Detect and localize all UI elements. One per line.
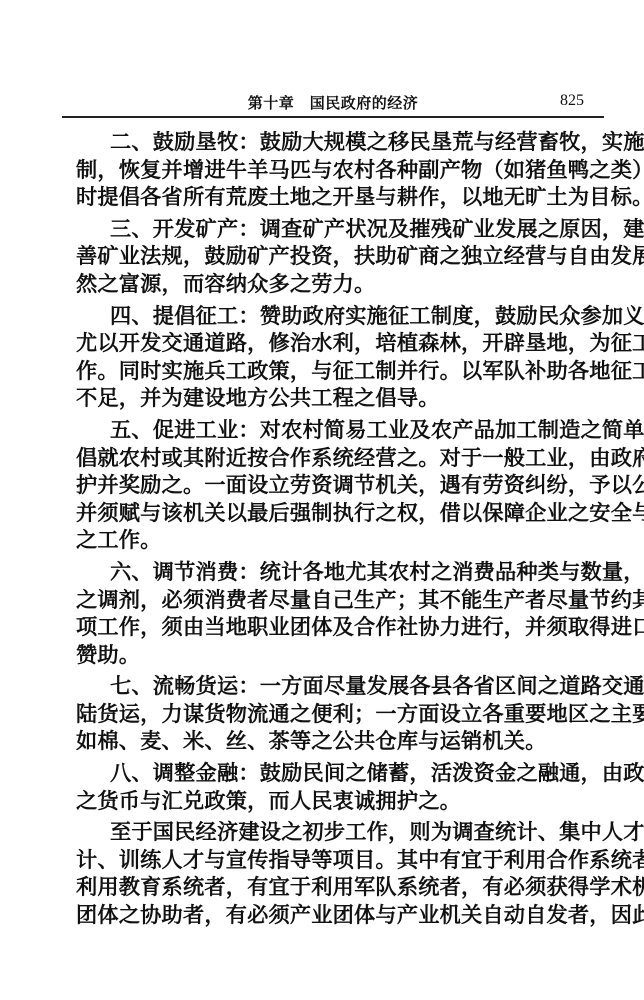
text-line: 六、调节消费：统计各地尤其农村之消费品种类与数量，力谋供求 xyxy=(76,558,602,586)
text-line: 八、调整金融：鼓励民间之储蓄，活泼资金之融通，由政府执行健全 xyxy=(76,759,602,787)
text-line: 陆货运，力谋货物流通之便利；一方面设立各重要地区之主要农产品， xyxy=(76,700,602,728)
text-line: 并须赋与该机关以最后强制执行之权，借以保障企业之安全与劳动者 xyxy=(76,499,602,527)
text-line: 计、训练人才与宣传指导等项目。其中有宜于利用合作系统者，有宜于 xyxy=(76,846,602,874)
page-number: 825 xyxy=(560,92,584,110)
body-text: 二、鼓励垦牧：鼓励大规模之移民垦荒与经营畜牧，实施军区屯垦 制，恢复并增进牛羊马… xyxy=(76,128,602,933)
text-line: 如棉、麦、米、丝、茶等之公共仓库与运销机关。 xyxy=(76,727,602,755)
paragraph-7-freight: 七、流畅货运：一方面尽量发展各县各省区间之道路交通，改进水 陆货运，力谋货物流通… xyxy=(76,672,602,755)
page-header: 第十章 国民政府的经济 825 xyxy=(62,90,604,116)
text-line: 倡就农村或其附近按合作系统经营之。对于一般工业，由政府分别保 xyxy=(76,444,602,472)
text-line: 制，恢复并增进牛羊马匹与农村各种副产物（如猪鱼鸭之类）之生产，同 xyxy=(76,156,602,184)
header-rule xyxy=(62,116,604,118)
text-line: 七、流畅货运：一方面尽量发展各县各省区间之道路交通，改进水 xyxy=(76,672,602,700)
text-line: 时提倡各省所有荒废土地之开垦与耕作，以地无旷土为目标。 xyxy=(76,183,602,211)
paragraph-4-labor-service: 四、提倡征工：赞助政府实施征工制度，鼓励民众参加义务劳动。 尤以开发交通道路，修… xyxy=(76,302,602,412)
running-title: 第十章 国民政府的经济 xyxy=(62,92,604,113)
text-line: 尤以开发交通道路，修治水利，培植森林，开辟垦地，为征工之基本工 xyxy=(76,329,602,357)
paragraph-8-finance: 八、调整金融：鼓励民间之储蓄，活泼资金之融通，由政府执行健全 之货币与汇兑政策，… xyxy=(76,759,602,814)
text-line: 四、提倡征工：赞助政府实施征工制度，鼓励民众参加义务劳动。 xyxy=(76,302,602,330)
text-line: 不足，并为建设地方公共工程之倡导。 xyxy=(76,384,602,412)
text-line: 至于国民经济建设之初步工作，则为调查统计、集中人才、研究设 xyxy=(76,818,602,846)
text-line: 利用教育系统者，有宜于利用军队系统者，有必须获得学术机关或学术 xyxy=(76,873,602,901)
text-line: 然之富源，而容纳众多之劳力。 xyxy=(76,270,602,298)
text-line: 之工作。 xyxy=(76,526,602,554)
text-line: 赞助。 xyxy=(76,641,602,669)
paragraph-2-land-reclamation: 二、鼓励垦牧：鼓励大规模之移民垦荒与经营畜牧，实施军区屯垦 制，恢复并增进牛羊马… xyxy=(76,128,602,211)
paragraph-5-industry: 五、促进工业：对农村简易工业及农产品加工制造之简单工业，提 倡就农村或其附近按合… xyxy=(76,416,602,554)
text-line: 五、促进工业：对农村简易工业及农产品加工制造之简单工业，提 xyxy=(76,416,602,444)
paragraph-initial-work: 至于国民经济建设之初步工作，则为调查统计、集中人才、研究设 计、训练人才与宣传指… xyxy=(76,818,602,928)
text-line: 之货币与汇兑政策，而人民衷诚拥护之。 xyxy=(76,787,602,815)
text-line: 二、鼓励垦牧：鼓励大规模之移民垦荒与经营畜牧，实施军区屯垦 xyxy=(76,128,602,156)
text-line: 护并奖励之。一面设立劳资调节机关，遇有劳资纠纷，予以公平调处。 xyxy=(76,471,602,499)
paragraph-6-consumption: 六、调节消费：统计各地尤其农村之消费品种类与数量，力谋供求 之调剂，必须消费者尽… xyxy=(76,558,602,668)
text-line: 三、开发矿产：调查矿产状况及摧残矿业发展之原因，建议政府改 xyxy=(76,215,602,243)
text-line: 作。同时实施兵工政策，与征工制并行。以军队补助各地征工工务之 xyxy=(76,357,602,385)
text-line: 团体之协助者，有必须产业团体与产业机关自动自发者，因此必须有一 xyxy=(76,901,602,929)
paragraph-3-mining: 三、开发矿产：调查矿产状况及摧残矿业发展之原因，建议政府改 善矿业法规，鼓励矿产… xyxy=(76,215,602,298)
text-line: 善矿业法规，鼓励矿产投资，扶助矿商之独立经营与自由发展，以辟天 xyxy=(76,242,602,270)
text-line: 项工作，须由当地职业团体及合作社协力进行，并须取得进口业公业之 xyxy=(76,613,602,641)
text-line: 之调剂，必须消费者尽量自己生产；其不能生产者尽量节约其消费。此 xyxy=(76,586,602,614)
